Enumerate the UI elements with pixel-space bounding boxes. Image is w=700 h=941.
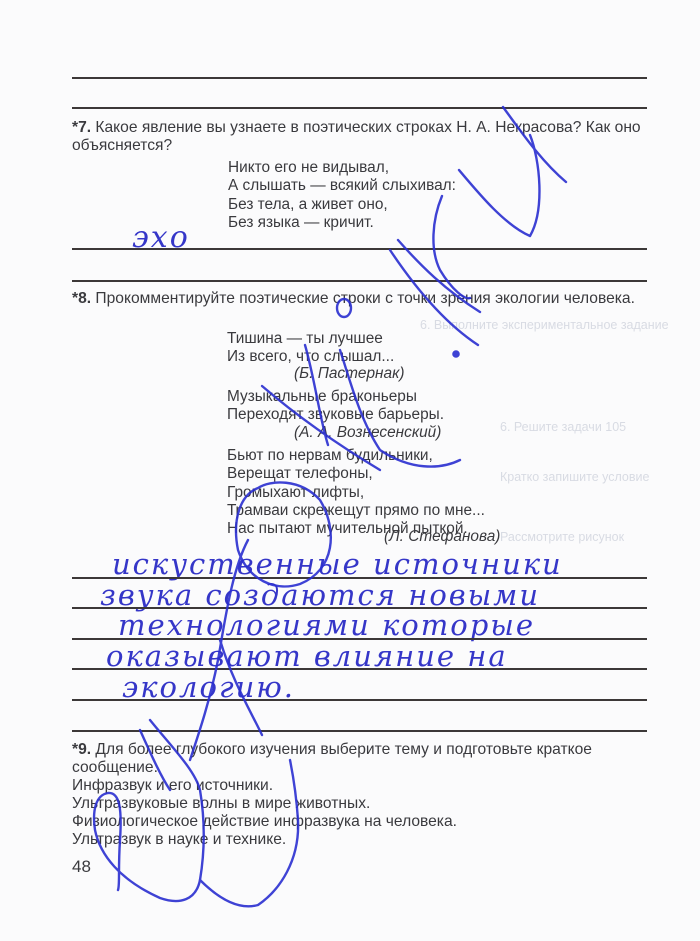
answer-line bbox=[72, 699, 647, 701]
bleed-through-text: 6. Выполните экспериментальное задание bbox=[420, 318, 669, 333]
answer-line bbox=[72, 77, 647, 79]
poem-line: Верещат телефоны, bbox=[227, 465, 485, 483]
handwritten-answer-7: эхо bbox=[132, 220, 190, 255]
workbook-page: 6. Выполните экспериментальное задание 6… bbox=[0, 0, 700, 941]
poem-line: Тишина — ты лучшее bbox=[227, 330, 394, 348]
poem-line: Без языка — кричит. bbox=[228, 214, 456, 232]
topic-item: Физиологическое действие инфразвука на ч… bbox=[72, 813, 457, 831]
answer-line bbox=[72, 107, 647, 109]
poem-author: (А. А. Вознесенский) bbox=[294, 424, 441, 442]
poem-line: Никто его не видывал, bbox=[228, 159, 456, 177]
poem-author: (Б. Пастернак) bbox=[294, 365, 404, 383]
handwritten-answer-line: технологиями которые bbox=[118, 608, 535, 642]
poem-line: А слышать — всякий слыхивал: bbox=[228, 177, 456, 195]
handwritten-answer-line: искуственные источники bbox=[112, 547, 563, 581]
poem-line: Из всего, что слышал... bbox=[227, 348, 394, 366]
answer-line bbox=[72, 730, 647, 732]
question-text: Для более глубокого изучения выберите те… bbox=[72, 741, 592, 776]
poem-line: Бьют по нервам будильники, bbox=[227, 447, 485, 465]
topic-item: Ультразвук в науке и технике. bbox=[72, 831, 286, 849]
question-8: *8. Прокомментируйте поэтические строки … bbox=[72, 290, 650, 308]
poem-stefanova: Бьют по нервам будильники, Верещат телеф… bbox=[227, 447, 485, 538]
question-text: Какое явление вы узнаете в поэтических с… bbox=[72, 119, 641, 154]
poem-pasternak: Тишина — ты лучшее Из всего, что слышал.… bbox=[227, 330, 394, 367]
question-number: *8. bbox=[72, 290, 91, 307]
question-text: Прокомментируйте поэтические строки с то… bbox=[95, 290, 635, 307]
question-number: *9. bbox=[72, 741, 91, 758]
question-number: *7. bbox=[72, 119, 91, 136]
poem-line: Трамваи скрежещут прямо по мне... bbox=[227, 502, 485, 520]
poem-line: Музыкальные браконьеры bbox=[227, 388, 444, 406]
page-number: 48 bbox=[72, 857, 91, 877]
poem-nekrasov: Никто его не видывал, А слышать — всякий… bbox=[228, 159, 456, 232]
bleed-through-text: 6. Решите задачи 105 bbox=[500, 420, 626, 435]
bleed-through-text: Кратко запишите условие bbox=[500, 470, 649, 485]
poem-line: Переходят звуковые барьеры. bbox=[227, 406, 444, 424]
question-7: *7. Какое явление вы узнаете в поэтическ… bbox=[72, 119, 650, 155]
poem-line: Без тела, а живет оно, bbox=[228, 196, 456, 214]
topic-item: Инфразвук и его источники. bbox=[72, 777, 273, 795]
question-9: *9. Для более глубокого изучения выберит… bbox=[72, 741, 650, 777]
topic-item: Ультразвуковые волны в мире животных. bbox=[72, 795, 370, 813]
poem-line: Громыхают лифты, bbox=[227, 484, 485, 502]
bleed-through-text: Рассмотрите рисунок bbox=[500, 530, 624, 545]
answer-line bbox=[72, 248, 647, 250]
poem-voznesensky: Музыкальные браконьеры Переходят звуковы… bbox=[227, 388, 444, 425]
poem-author: (Л. Стефанова) bbox=[384, 528, 500, 546]
answer-line bbox=[72, 280, 647, 282]
pen-stroke bbox=[453, 351, 458, 356]
